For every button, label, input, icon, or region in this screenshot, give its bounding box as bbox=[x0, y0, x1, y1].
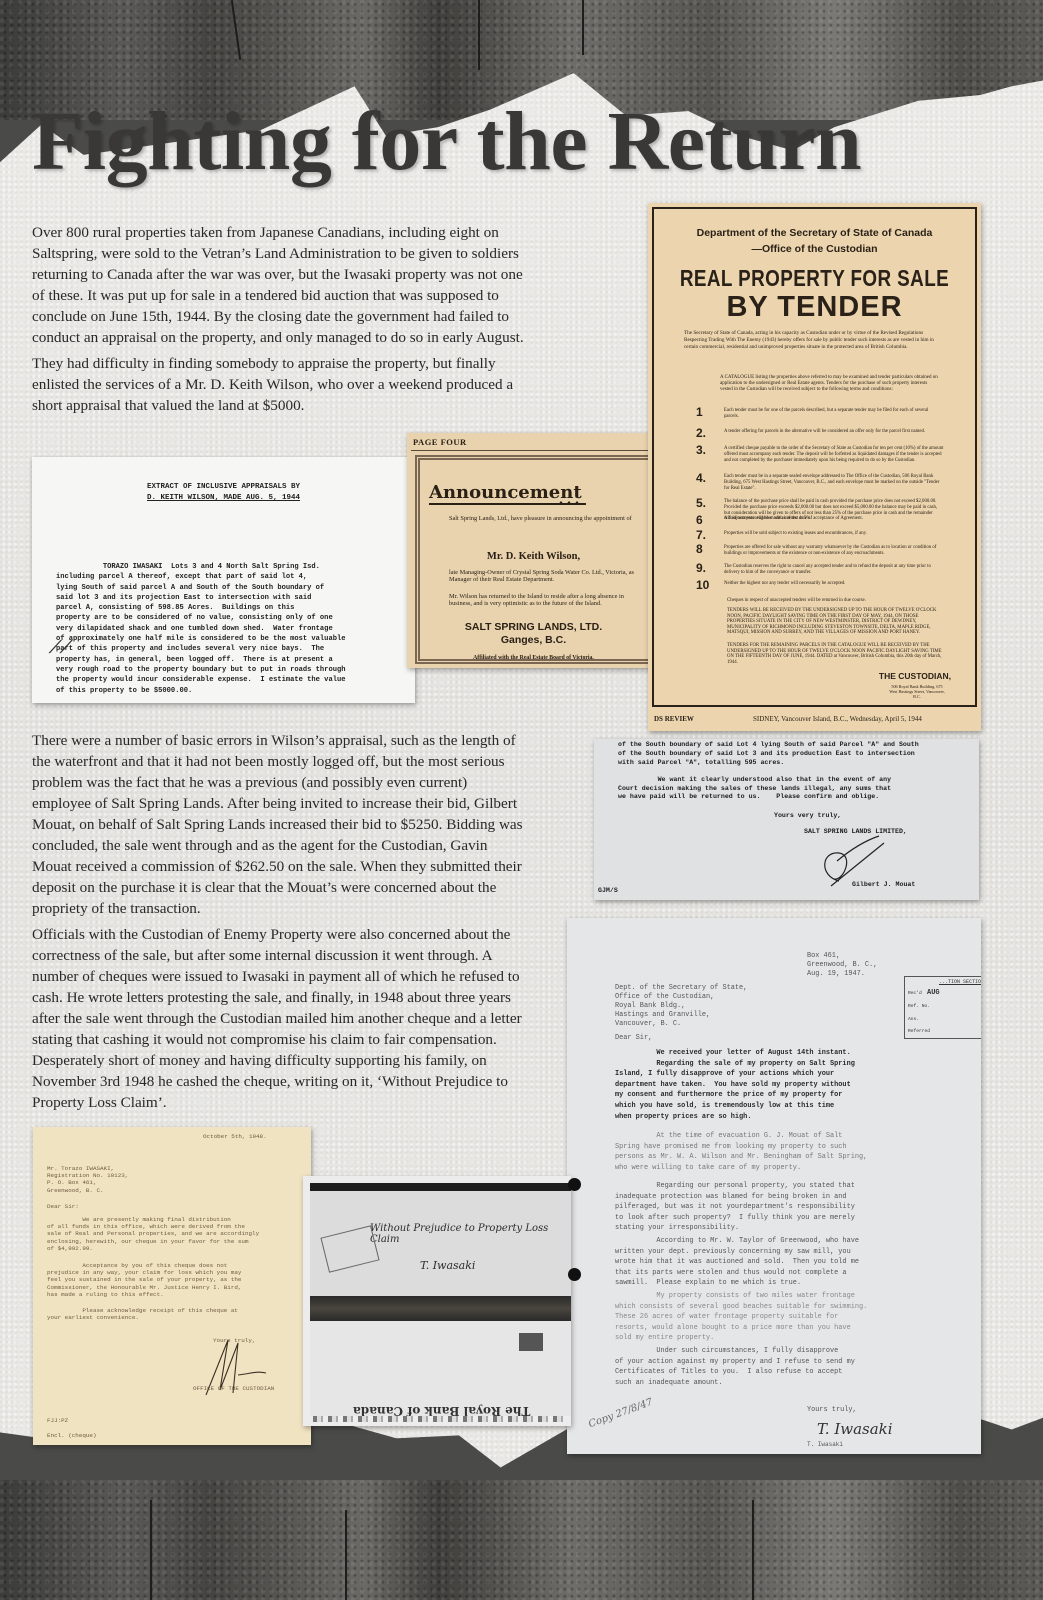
letter-paragraph-1: We are presently making final distributi… bbox=[47, 1216, 259, 1252]
appraisal-body: TORAZO IWASAKI Lots 3 and 4 North Salt S… bbox=[56, 562, 396, 696]
binder-ring bbox=[568, 1268, 581, 1281]
custodian-address: 506 Royal Bank Building, 675 West Hastin… bbox=[887, 684, 947, 699]
rock-background-bottom bbox=[0, 1480, 1043, 1600]
page-label: PAGE FOUR bbox=[413, 437, 467, 447]
condition-number: 4. bbox=[696, 471, 706, 485]
appraisal-heading: EXTRACT OF INCLUSIVE APPRAISALS BY D. KE… bbox=[32, 482, 415, 504]
letter-paragraph-3: Regarding our personal property, you sta… bbox=[615, 1181, 855, 1234]
photo-border bbox=[310, 1183, 571, 1191]
letter-closing: Yours truly, bbox=[807, 1405, 857, 1416]
letter-line: of the South boundary of said Lot 4 lyin… bbox=[618, 741, 919, 750]
intro-text: Over 800 rural properties taken from Jap… bbox=[32, 222, 527, 421]
announcement-clipping: PAGE FOUR Announcement . . . Salt Spring… bbox=[407, 433, 660, 668]
condition-number: 8 bbox=[696, 542, 703, 556]
condition-text: Properties are offered for sale without … bbox=[724, 545, 944, 557]
headline-2: BY TENDER bbox=[648, 291, 981, 324]
rock-crack bbox=[345, 1510, 347, 1600]
letter-paragraph-1: We received your letter of August 14th i… bbox=[615, 1048, 855, 1122]
cheque-back: Without Prejudice to Property Loss Claim… bbox=[310, 1191, 571, 1296]
letter-paragraph-2: At the time of evacuation G. J. Mouat of… bbox=[615, 1131, 867, 1173]
recipient-address: Mr. Torazo IWASAKI, Registration No. 101… bbox=[47, 1165, 128, 1194]
condition-text: All adjustments will be made as of the d… bbox=[724, 516, 944, 522]
announcement-intro: Salt Spring Lands, Ltd., have pleasure i… bbox=[449, 515, 639, 522]
binder-ring bbox=[568, 1178, 581, 1191]
appraisal-heading-line2: D. KEITH WILSON, MADE AUG. 5, 1944 bbox=[32, 493, 415, 504]
condition-text: Properties will be sold subject to exist… bbox=[724, 531, 944, 537]
margin-note: Copy 27/8/47 bbox=[587, 1397, 654, 1430]
letter-ref: FJJ:PZ bbox=[47, 1417, 68, 1424]
appraisal-document: EXTRACT OF INCLUSIVE APPRAISALS BY D. KE… bbox=[32, 457, 415, 703]
sender-address: Box 461, Greenwood, B. C., Aug. 19, 1947… bbox=[807, 952, 877, 979]
intro-paragraph-2: They had difficulty in finding somebody … bbox=[32, 353, 527, 416]
announcement-body-1: late Managing-Owner of Crystal Spring So… bbox=[449, 569, 639, 584]
stamp-row: Ref. No. bbox=[908, 1004, 930, 1009]
intro-paragraph-1: Over 800 rural properties taken from Jap… bbox=[32, 222, 527, 348]
notice-catalogue: A CATALOGUE listing the properties above… bbox=[720, 375, 940, 392]
company-location: Ganges, B.C. bbox=[407, 634, 660, 647]
letter-paragraph-2: Acceptance by you of this cheque does no… bbox=[47, 1262, 241, 1298]
rock-crack bbox=[752, 1500, 754, 1600]
letter-paragraph: We want it clearly understood also that … bbox=[618, 776, 891, 802]
closing-paragraph-2: TENDERS FOR THE REMAINING PARCELS IN THE… bbox=[727, 643, 947, 665]
condition-number: 3. bbox=[696, 443, 706, 457]
condition-number: 6 bbox=[696, 513, 703, 527]
rock-crack bbox=[478, 0, 480, 70]
condition-number: 5. bbox=[696, 496, 706, 510]
salutation: Dear Sir, bbox=[615, 1033, 652, 1044]
cheque-photo: Without Prejudice to Property Loss Claim… bbox=[303, 1176, 571, 1426]
main-paragraph-1: There were a number of basic errors in W… bbox=[32, 730, 527, 919]
office-label: OFFICE OF THE CUSTODIAN bbox=[193, 1385, 274, 1392]
revenue-stamp bbox=[519, 1333, 543, 1351]
cheque-front bbox=[310, 1321, 571, 1416]
letter-ref: GJM/S bbox=[598, 887, 618, 896]
condition-text: A tender offering for parcels in the alt… bbox=[724, 429, 944, 435]
condition-number: 7. bbox=[696, 528, 706, 542]
footer-right: SIDNEY, Vancouver Island, B.C., Wednesda… bbox=[753, 715, 922, 723]
company-name: SALT SPRING LANDS, LTD. bbox=[407, 621, 660, 634]
condition-number: 10 bbox=[696, 578, 709, 592]
iwasaki-letter: Box 461, Greenwood, B. C., Aug. 19, 1947… bbox=[567, 918, 981, 1454]
stamp-row: Rec'd bbox=[908, 991, 922, 996]
photo-gap bbox=[310, 1296, 571, 1321]
condition-text: Each tender must be for one of the parce… bbox=[724, 408, 944, 420]
letter-paragraph-4: According to Mr. W. Taylor of Greenwood,… bbox=[615, 1236, 859, 1289]
condition-text: Neither the highest nor any tender will … bbox=[724, 581, 944, 587]
newspaper-footer: DS REVIEW SIDNEY, Vancouver Island, B.C.… bbox=[648, 715, 981, 727]
letter-signer: Gilbert J. Mouat bbox=[852, 881, 915, 890]
letter-paragraph-6: Under such circumstances, I fully disapp… bbox=[615, 1346, 855, 1388]
signatory: THE CUSTODIAN, bbox=[879, 671, 951, 681]
tender-notice: Department of the Secretary of State of … bbox=[648, 203, 981, 731]
announcement-name: Mr. D. Keith Wilson, bbox=[407, 551, 660, 562]
letter-line: with said Parcel "A", totalling 595 acre… bbox=[618, 759, 784, 768]
condition-text: Each tender must be in a separate sealed… bbox=[724, 474, 944, 491]
announcement-body-2: Mr. Wilson has returned to the Island to… bbox=[449, 593, 639, 608]
film-strip bbox=[313, 1416, 563, 1422]
stamp-month: AUG bbox=[927, 989, 940, 997]
condition-number: 1 bbox=[696, 405, 703, 419]
letter-closing: Yours very truly, bbox=[774, 812, 841, 821]
notice-intro: The Secretary of State of Canada, acting… bbox=[684, 330, 944, 350]
condition-number: 9. bbox=[696, 561, 706, 575]
dept-line-2: —Office of the Custodian bbox=[648, 241, 981, 257]
rock-crack bbox=[231, 0, 241, 60]
main-text: There were a number of basic errors in W… bbox=[32, 730, 527, 1118]
condition-text: A certified cheque payable to the order … bbox=[724, 446, 944, 463]
stamp-row: Ans. bbox=[908, 1017, 919, 1022]
announcement-affiliation: Affiliated with the Real Estate Board of… bbox=[407, 655, 660, 661]
typed-name: T. Iwasaki bbox=[807, 1440, 843, 1451]
page-title: Fighting for the Return bbox=[32, 100, 861, 184]
divider bbox=[411, 450, 656, 451]
rock-crack bbox=[150, 1500, 152, 1600]
letter-signature: T. Iwasaki bbox=[817, 1420, 893, 1438]
cheque-signature: T. Iwasaki bbox=[420, 1259, 475, 1272]
condition-text: The Custodian reserves the right to canc… bbox=[724, 564, 944, 576]
appraisal-heading-line1: EXTRACT OF INCLUSIVE APPRAISALS BY bbox=[32, 482, 415, 493]
letter-paragraph-3: Please acknowledge receipt of this chequ… bbox=[47, 1307, 238, 1321]
letter-paragraph-5: My property consists of two miles water … bbox=[615, 1291, 867, 1344]
enclosure-note: Encl. (cheque) bbox=[47, 1432, 97, 1439]
rock-crack bbox=[582, 0, 584, 55]
stamp-row: Referred bbox=[908, 1029, 930, 1034]
stamp-header: ...TION SECTION bbox=[939, 979, 981, 985]
mouat-letter: of the South boundary of said Lot 4 lyin… bbox=[594, 739, 979, 900]
received-stamp: ...TION SECTION Rec'd AUG Ref. No. Ans. … bbox=[904, 976, 981, 1039]
dept-line-1: Department of the Secretary of State of … bbox=[648, 225, 981, 241]
endorsement-text: Without Prejudice to Property Loss Claim bbox=[370, 1223, 571, 1245]
recipient-address: Dept. of the Secretary of State, Office … bbox=[615, 984, 747, 1029]
bank-stamp bbox=[320, 1225, 379, 1273]
headline-1: REAL PROPERTY FOR SALE bbox=[678, 265, 951, 292]
letter-date: October 5th, 1948. bbox=[203, 1133, 267, 1140]
cheques-note: Cheques in respect of unaccepted tenders… bbox=[727, 598, 947, 604]
main-paragraph-2: Officials with the Custodian of Enemy Pr… bbox=[32, 924, 527, 1113]
footer-left: DS REVIEW bbox=[654, 715, 694, 723]
letter-line: of the South boundary of said Lot 3 and … bbox=[618, 750, 915, 759]
condition-number: 2. bbox=[696, 426, 706, 440]
closing-paragraph-1: TENDERS WILL BE RECEIVED BY THE UNDERSIG… bbox=[727, 608, 947, 636]
salutation: Dear Sir: bbox=[47, 1203, 79, 1210]
department-heading: Department of the Secretary of State of … bbox=[648, 225, 981, 257]
custodian-letter: October 5th, 1948. Mr. Torazo IWASAKI, R… bbox=[33, 1127, 311, 1445]
heading-dots: . . . bbox=[559, 491, 579, 509]
announcement-company: SALT SPRING LANDS, LTD. Ganges, B.C. bbox=[407, 621, 660, 647]
